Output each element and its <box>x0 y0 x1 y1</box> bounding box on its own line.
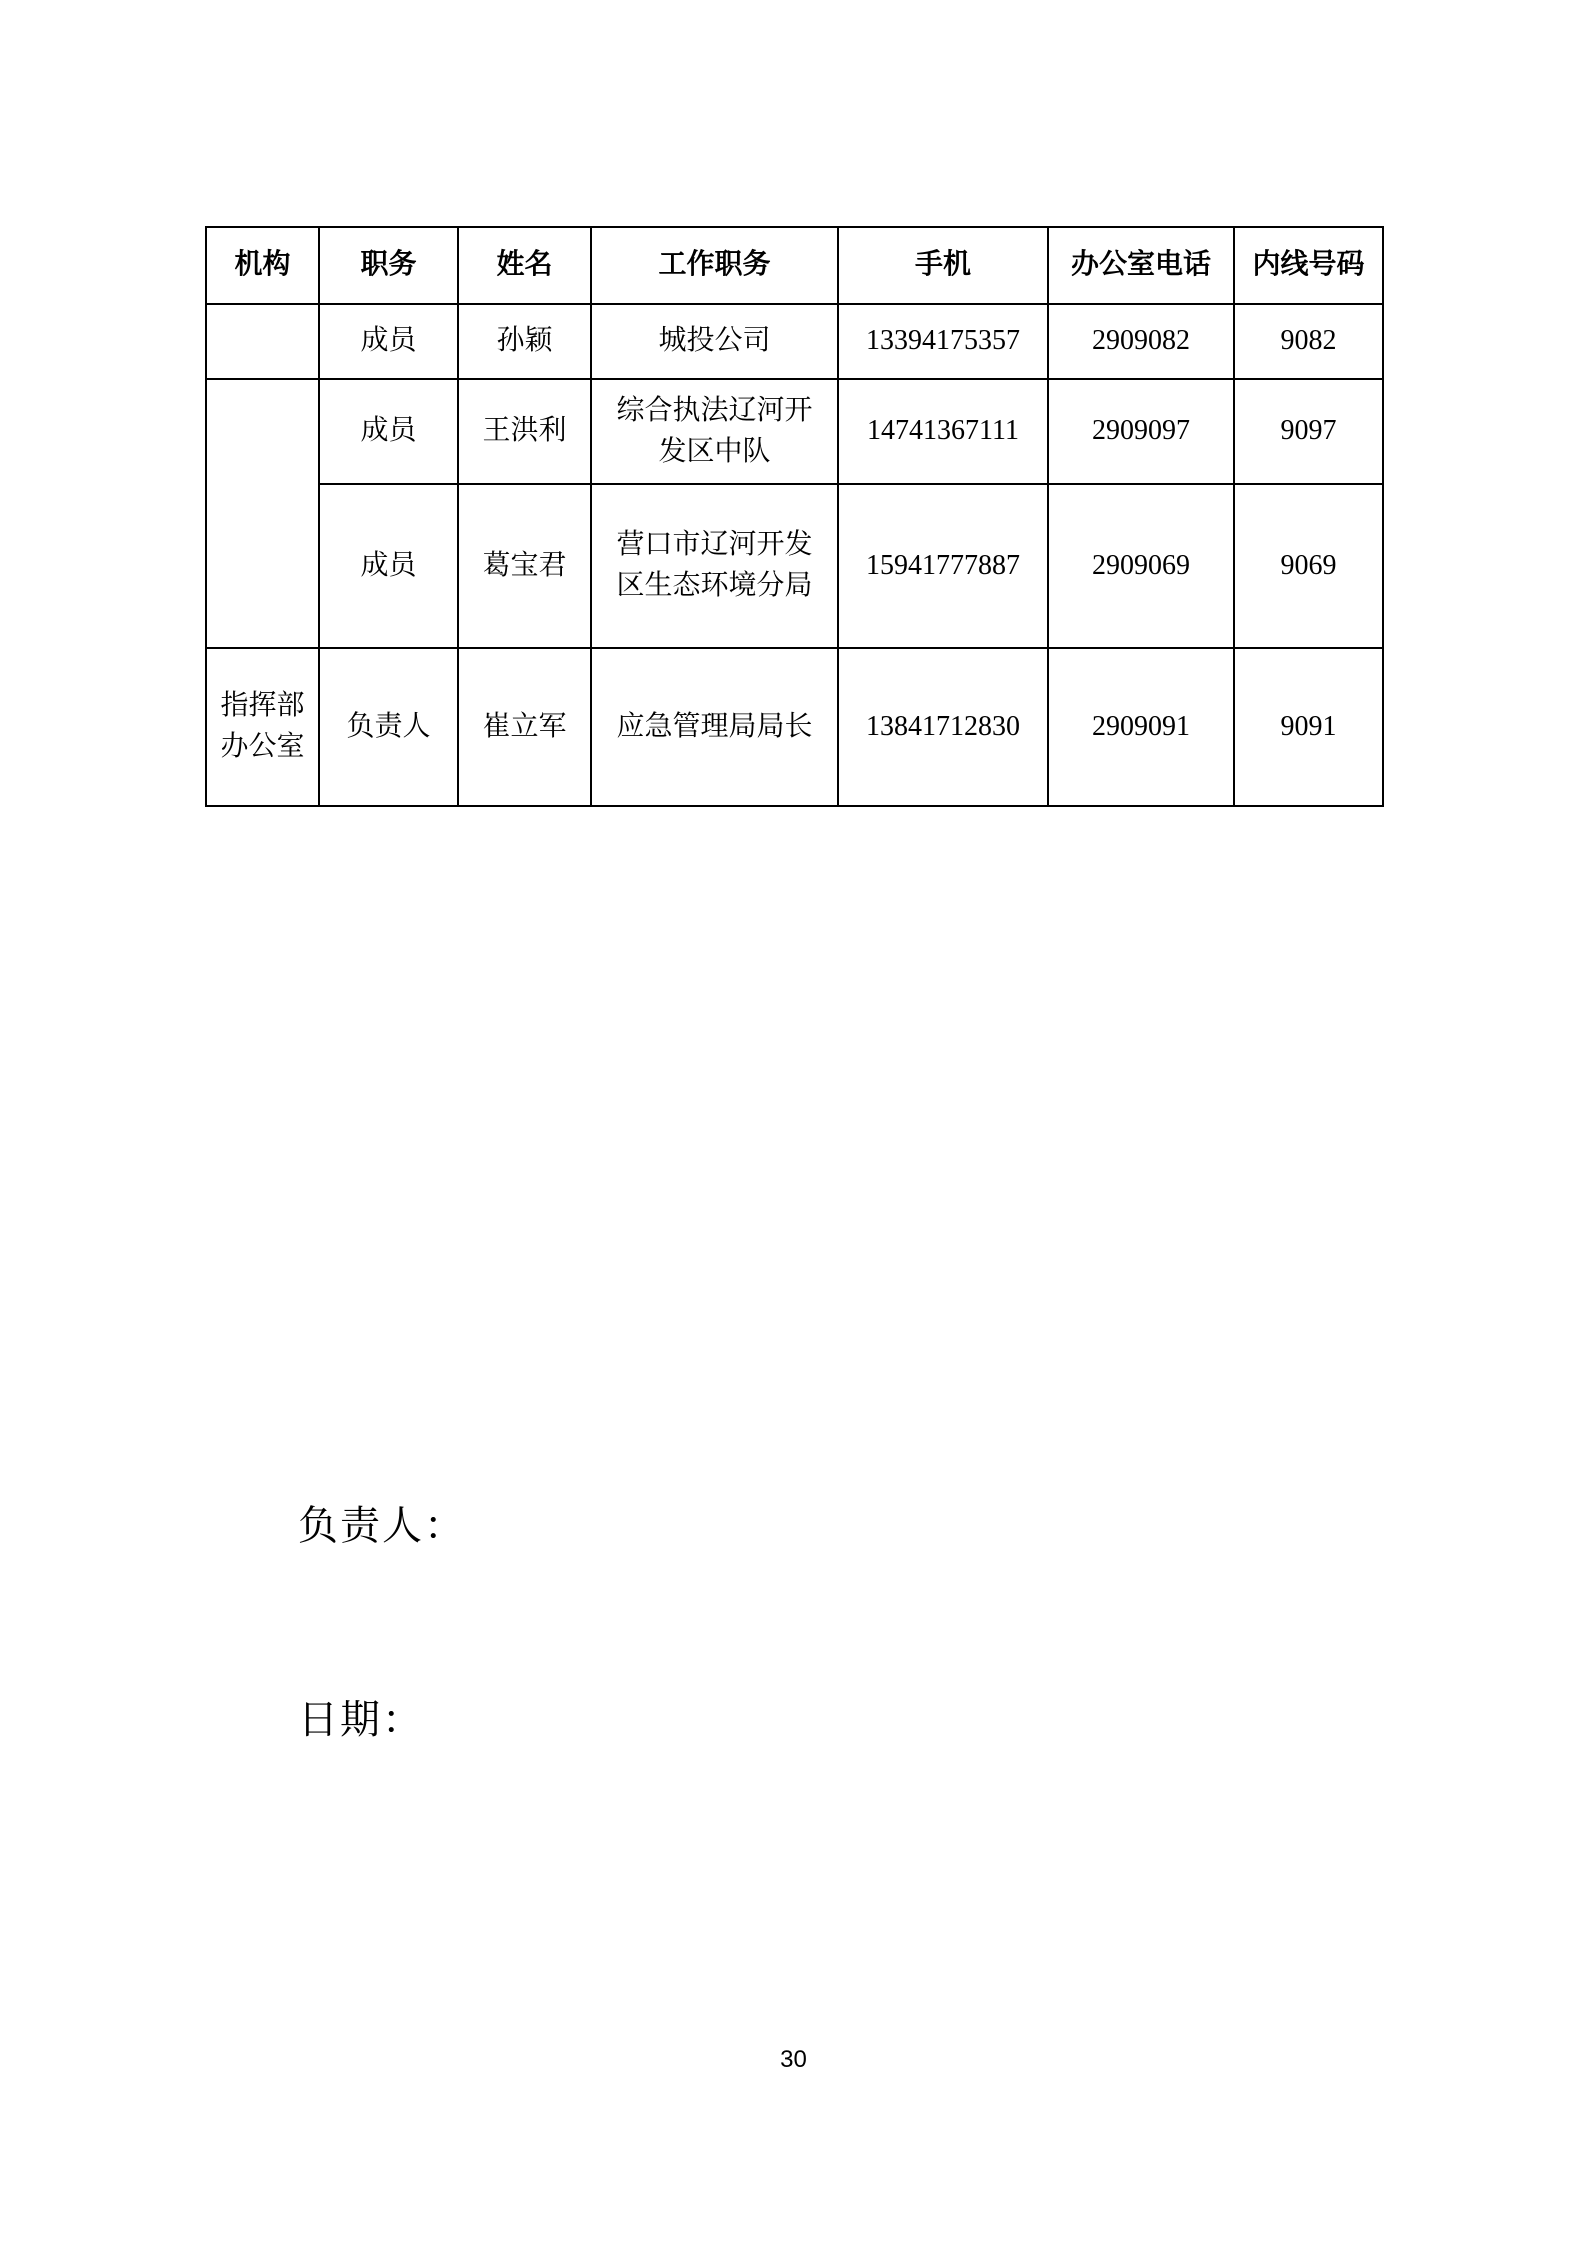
cell-extension: 9082 <box>1234 304 1383 379</box>
cell-role: 成员 <box>319 304 458 379</box>
contact-table: 机构 职务 姓名 工作职务 手机 办公室电话 内线号码 成员 孙颖 城投公司 1… <box>205 226 1384 807</box>
table-row: 成员 孙颖 城投公司 13394175357 2909082 9082 <box>206 304 1383 379</box>
cell-extension: 9069 <box>1234 484 1383 648</box>
column-header-org: 机构 <box>206 227 319 304</box>
cell-mobile: 13841712830 <box>838 648 1048 806</box>
column-header-extension: 内线号码 <box>1234 227 1383 304</box>
column-header-role: 职务 <box>319 227 458 304</box>
cell-org-merged <box>206 379 319 648</box>
cell-name: 孙颖 <box>458 304 591 379</box>
cell-mobile: 13394175357 <box>838 304 1048 379</box>
table-row: 成员 葛宝君 营口市辽河开发 区生态环境分局 15941777887 29090… <box>206 484 1383 648</box>
column-header-name: 姓名 <box>458 227 591 304</box>
cell-role: 负责人 <box>319 648 458 806</box>
cell-office-phone: 2909082 <box>1048 304 1234 379</box>
cell-mobile: 15941777887 <box>838 484 1048 648</box>
cell-title: 综合执法辽河开 发区中队 <box>591 379 838 484</box>
document-page: 机构 职务 姓名 工作职务 手机 办公室电话 内线号码 成员 孙颖 城投公司 1… <box>0 0 1587 2245</box>
cell-extension: 9097 <box>1234 379 1383 484</box>
table-header-row: 机构 职务 姓名 工作职务 手机 办公室电话 内线号码 <box>206 227 1383 304</box>
cell-office-phone: 2909091 <box>1048 648 1234 806</box>
table-row: 指挥部 办公室 负责人 崔立军 应急管理局局长 13841712830 2909… <box>206 648 1383 806</box>
column-header-office-phone: 办公室电话 <box>1048 227 1234 304</box>
cell-title: 城投公司 <box>591 304 838 379</box>
cell-extension: 9091 <box>1234 648 1383 806</box>
cell-name: 崔立军 <box>458 648 591 806</box>
cell-office-phone: 2909069 <box>1048 484 1234 648</box>
cell-org <box>206 304 319 379</box>
cell-role: 成员 <box>319 379 458 484</box>
cell-name: 葛宝君 <box>458 484 591 648</box>
column-header-mobile: 手机 <box>838 227 1048 304</box>
cell-mobile: 14741367111 <box>838 379 1048 484</box>
cell-name: 王洪利 <box>458 379 591 484</box>
cell-role: 成员 <box>319 484 458 648</box>
table-row: 成员 王洪利 综合执法辽河开 发区中队 14741367111 2909097 … <box>206 379 1383 484</box>
page-number: 30 <box>0 2046 1587 2074</box>
cell-org: 指挥部 办公室 <box>206 648 319 806</box>
cell-title: 应急管理局局长 <box>591 648 838 806</box>
cell-office-phone: 2909097 <box>1048 379 1234 484</box>
date-label: 日期： <box>298 1698 424 1742</box>
cell-title: 营口市辽河开发 区生态环境分局 <box>591 484 838 648</box>
column-header-title: 工作职务 <box>591 227 838 304</box>
responsible-person-label: 负责人： <box>298 1504 466 1548</box>
